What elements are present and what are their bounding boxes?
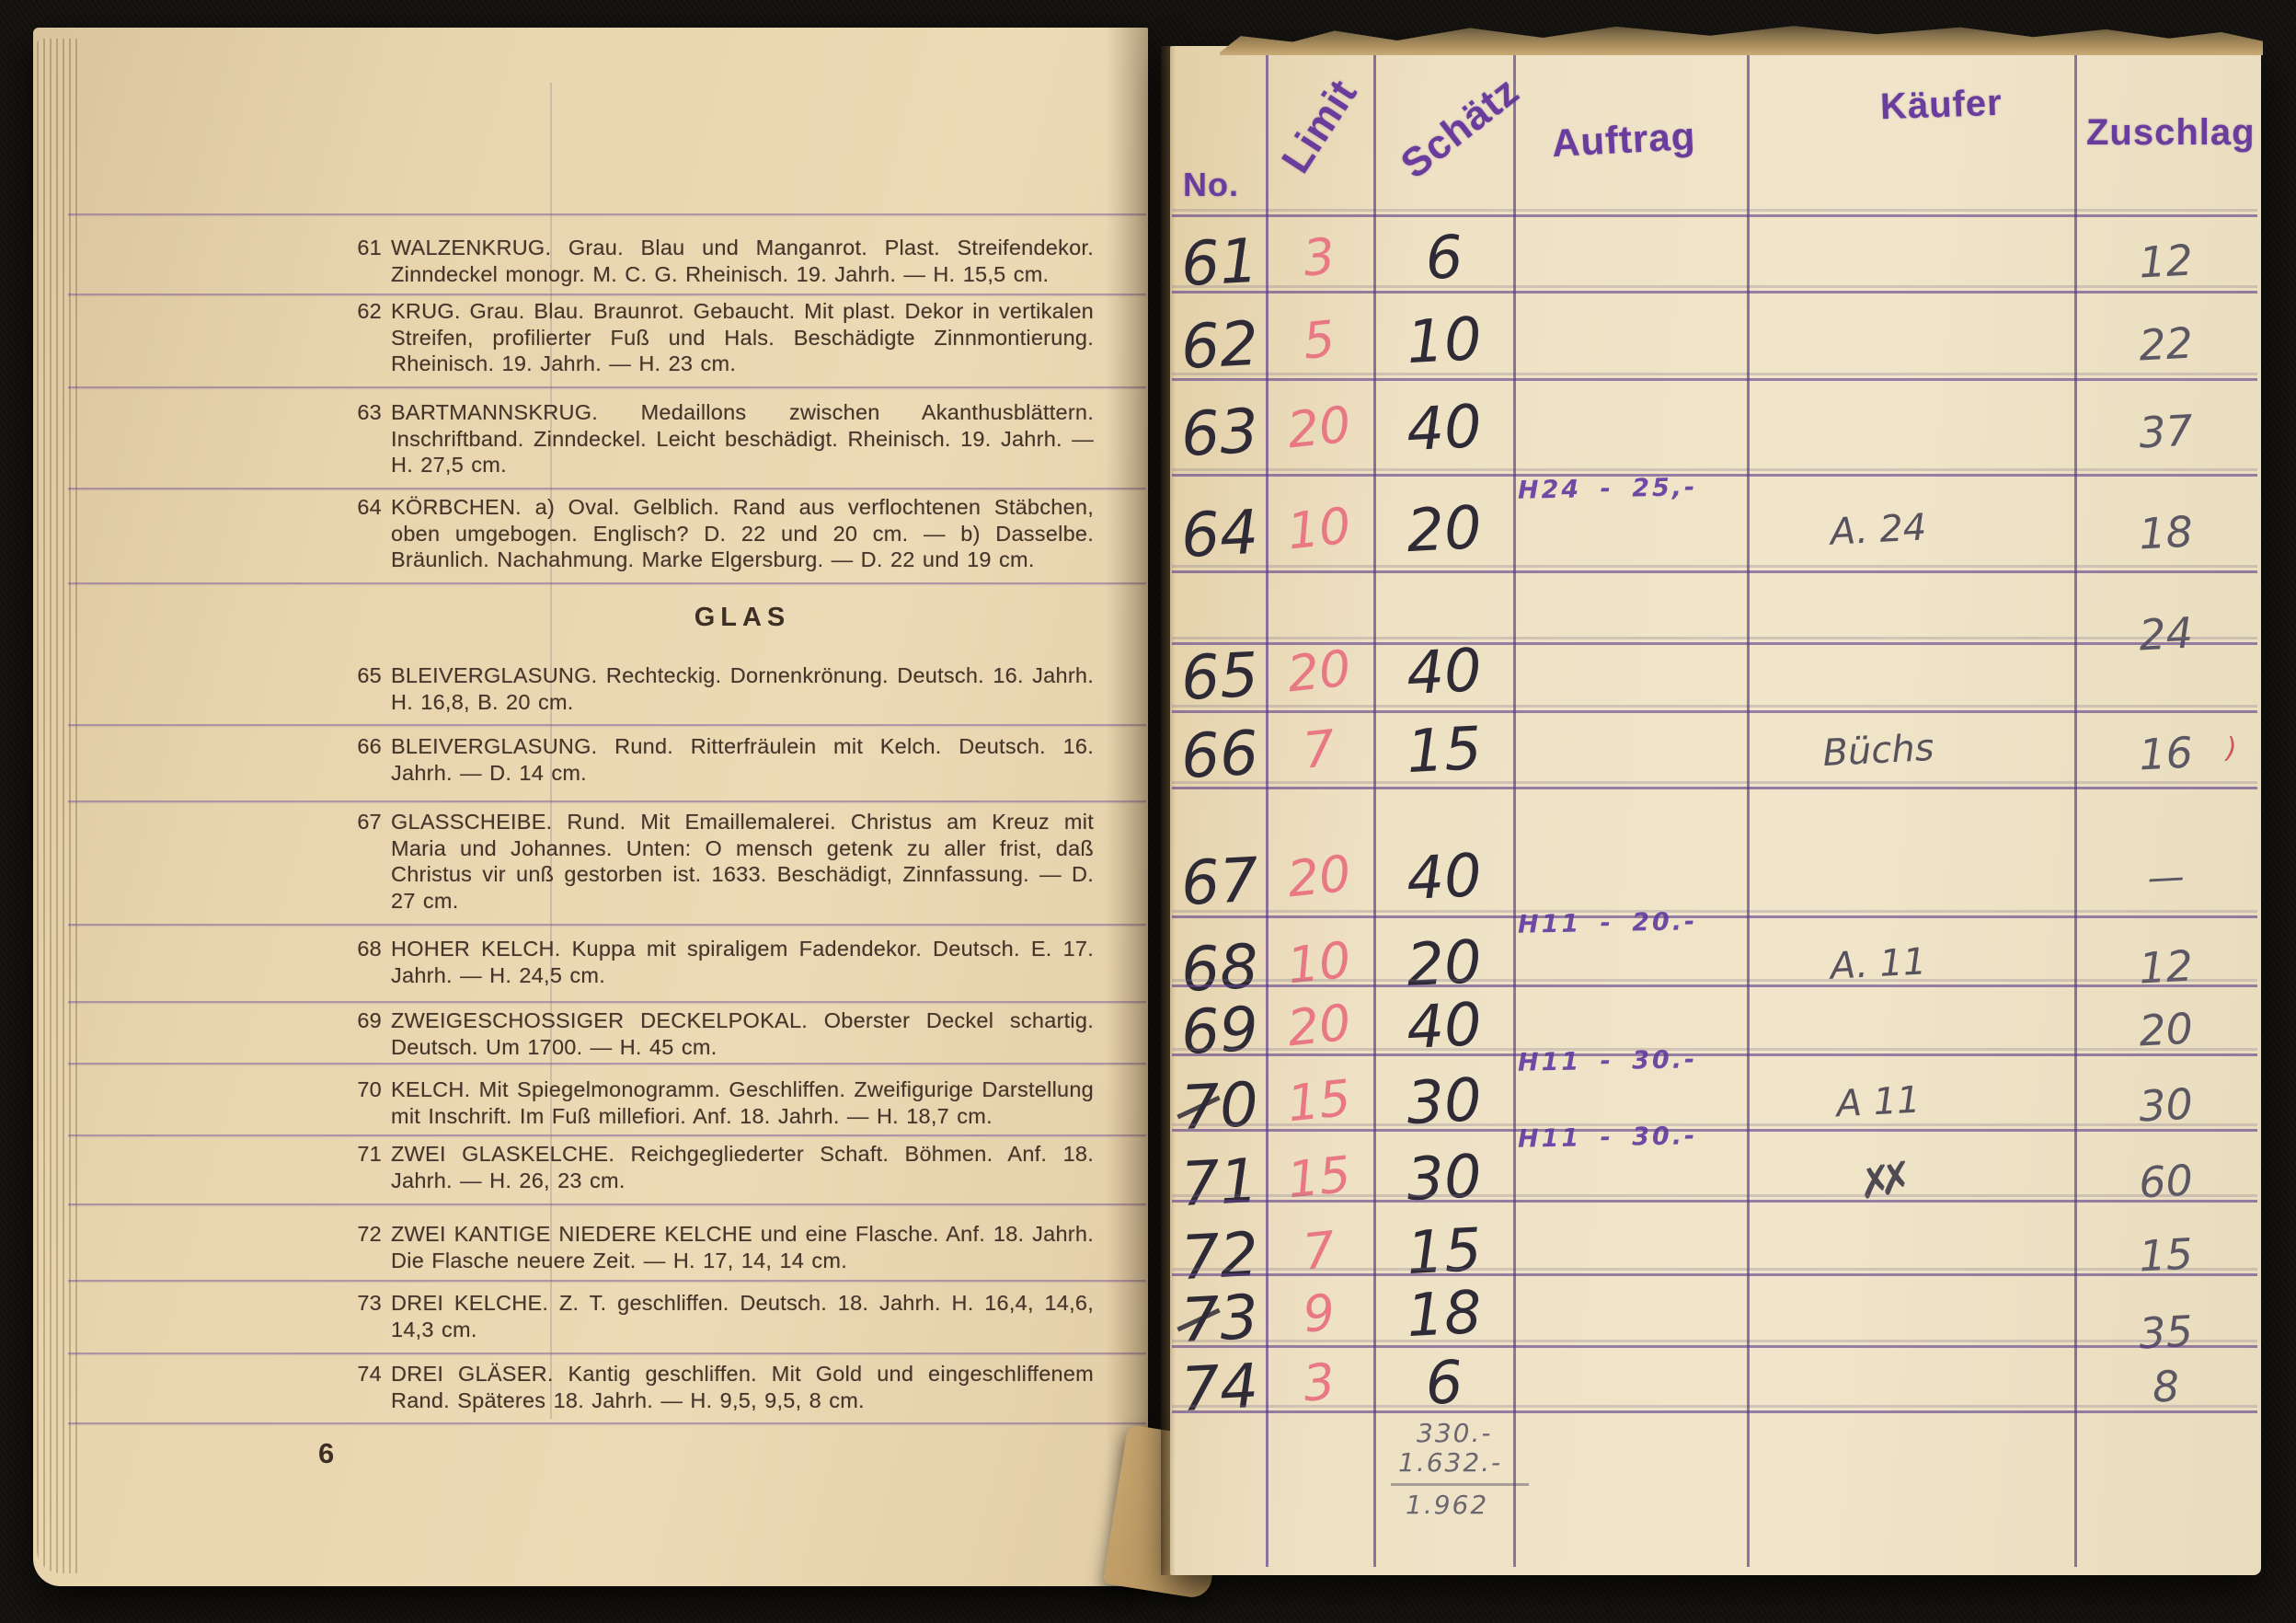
lot-number: 66 (1179, 723, 1256, 788)
limit-value: 9 (1270, 1284, 1367, 1343)
entry-text: ZWEI KANTIGE NIEDERE KELCHE und eine Fla… (391, 1222, 1094, 1272)
lot-number: 61 (1179, 231, 1256, 295)
estimate-value: 10 (1378, 308, 1510, 374)
column-line (1266, 46, 1269, 1567)
limit-value: 20 (1270, 642, 1367, 701)
entry-number: 61 (341, 235, 382, 261)
ledger-page-right: No. Limit Schätz Auftrag Käufer Zuschlag… (1170, 46, 2261, 1575)
catalog-scan: { "palette":{ "background":"#14120f", "p… (0, 0, 2296, 1623)
catalog-entry-63: 63 BARTMANNSKRUG. Medaillons zwischen Ak… (391, 399, 1094, 478)
column-line (1373, 46, 1376, 1567)
buyer-name: Büchs (1739, 725, 2017, 777)
entry-number: 71 (341, 1141, 382, 1168)
hammer-price: 22 (2094, 319, 2238, 369)
limit-value: 20 (1270, 996, 1367, 1055)
entry-text: WALZENKRUG. Grau. Blau und Manganrot. Pl… (391, 236, 1094, 286)
entry-number: 72 (341, 1221, 382, 1248)
lot-number: 72 (1179, 1225, 1256, 1289)
limit-value: 10 (1270, 500, 1367, 558)
column-header-kaeufer: Käufer (1879, 83, 2003, 129)
lot-number: 71 (1179, 1151, 1256, 1215)
limit-value: 5 (1270, 311, 1367, 370)
ruled-line (68, 1352, 1146, 1354)
estimate-value: 40 (1378, 396, 1510, 461)
sum-line-2: 1.632.- (1398, 1450, 1502, 1476)
hammer-price: 60 (2094, 1157, 2238, 1206)
estimate-value: 18 (1378, 1282, 1510, 1347)
entry-number: 69 (341, 1007, 382, 1034)
bid-order-note: H11 - 30.- (1518, 1047, 1698, 1075)
torn-page-edge (1220, 20, 2263, 55)
catalog-entry-62: 62 KRUG. Grau. Blau. Braunrot. Gebaucht.… (391, 298, 1094, 377)
entry-text: KRUG. Grau. Blau. Braunrot. Gebaucht. Mi… (391, 299, 1094, 375)
entry-number: 70 (341, 1076, 382, 1103)
hammer-price: 12 (2094, 236, 2238, 286)
sum-line-1: 330.- (1417, 1421, 1492, 1446)
limit-value: 15 (1270, 1148, 1367, 1207)
ruled-line (68, 1063, 1146, 1065)
catalog-page-left: 61 WALZENKRUG. Grau. Blau und Manganrot.… (33, 28, 1148, 1586)
estimate-value: 30 (1378, 1069, 1510, 1134)
catalog-entry-61: 61 WALZENKRUG. Grau. Blau und Manganrot.… (391, 235, 1094, 287)
ruled-line (1172, 1129, 2257, 1132)
entry-number: 66 (341, 733, 382, 760)
ruled-line (68, 1203, 1146, 1205)
estimate-value: 15 (1378, 718, 1510, 783)
lot-number: 68 (1179, 937, 1256, 1001)
bid-order-note: H24 - 25,- (1518, 475, 1698, 502)
hammer-price: 24 (2094, 609, 2238, 659)
estimate-value: 40 (1378, 994, 1510, 1059)
limit-value: 20 (1270, 847, 1367, 906)
lot-number-struck: 73 (1179, 1287, 1256, 1352)
entry-text: ZWEIGESCHOSSIGER DECKELPOKAL. Oberster D… (391, 1008, 1094, 1059)
catalog-entry-73: 73 DREI KELCHE. Z. T. geschliffen. Deuts… (391, 1290, 1094, 1342)
column-line (1747, 46, 1750, 1567)
entry-text: DREI KELCHE. Z. T. geschliffen. Deutsch.… (391, 1291, 1094, 1341)
limit-value: 3 (1270, 228, 1367, 287)
estimate-value: 40 (1378, 845, 1510, 910)
ruled-line (1172, 915, 2257, 918)
catalog-entry-69: 69 ZWEIGESCHOSSIGER DECKELPOKAL. Oberste… (391, 1007, 1094, 1060)
entry-text: BARTMANNSKRUG. Medaillons zwischen Akant… (391, 400, 1094, 477)
ruled-line (1172, 787, 2257, 789)
hammer-price: 30 (2094, 1080, 2238, 1130)
section-heading: GLAS (391, 603, 1094, 633)
hammer-price: 8 (2094, 1362, 2238, 1411)
ruled-line (68, 1134, 1146, 1136)
estimate-value: 40 (1378, 639, 1510, 705)
buyer-name: A. 11 (1739, 938, 2017, 990)
limit-value: 7 (1270, 1222, 1367, 1281)
entry-text: KÖRBCHEN. a) Oval. Gelblich. Rand aus ve… (391, 495, 1094, 571)
hammer-price: 35 (2094, 1307, 2238, 1357)
bid-order-note: H11 - 30.- (1518, 1123, 1698, 1151)
column-header-no: No. (1183, 166, 1239, 204)
bid-order-note: H11 - 20.- (1518, 909, 1698, 937)
ruled-line (1172, 474, 2257, 477)
entry-text: GLASSCHEIBE. Rund. Mit Emaillemalerei. C… (391, 810, 1094, 913)
catalog-entry-64: 64 KÖRBCHEN. a) Oval. Gelblich. Rand aus… (391, 494, 1094, 573)
limit-value: 3 (1270, 1353, 1367, 1412)
ruled-line (68, 724, 1146, 726)
ruled-line (68, 213, 1146, 215)
ruled-line (1172, 642, 2257, 645)
entry-number: 65 (341, 662, 382, 689)
lot-number: 62 (1179, 314, 1256, 378)
hammer-price: — (2094, 856, 2238, 900)
entry-text: DREI GLÄSER. Kantig geschliffen. Mit Gol… (391, 1362, 1094, 1412)
ruled-line (1172, 291, 2257, 294)
catalog-entry-74: 74 DREI GLÄSER. Kantig geschliffen. Mit … (391, 1361, 1094, 1413)
page-number: 6 (318, 1437, 334, 1470)
entry-text: ZWEI GLASKELCHE. Reichgegliederter Schaf… (391, 1142, 1094, 1192)
ruled-line (1172, 1200, 2257, 1203)
ruled-line (68, 294, 1146, 295)
catalog-entry-65: 65 BLEIVERGLASUNG. Rechteckig. Dornenkrö… (391, 662, 1094, 715)
column-header-limit: Limit (1273, 72, 1367, 182)
ruled-line (68, 488, 1146, 489)
ruled-line (1172, 710, 2257, 713)
entry-text: HOHER KELCH. Kuppa mit spiraligem Fadend… (391, 937, 1094, 987)
limit-value: 20 (1270, 398, 1367, 457)
hammer-price: 37 (2094, 407, 2238, 456)
entry-number: 68 (341, 936, 382, 962)
ruled-line (68, 1001, 1146, 1003)
column-header-auftrag: Auftrag (1551, 114, 1697, 166)
entry-number: 63 (341, 399, 382, 426)
entry-number: 74 (341, 1361, 382, 1387)
sum-total: 1.962 (1406, 1492, 1488, 1518)
ruled-line (68, 1280, 1146, 1282)
catalog-entry-67: 67 GLASSCHEIBE. Rund. Mit Emaillemalerei… (391, 809, 1094, 914)
ruled-line (1172, 1345, 2257, 1348)
hammer-price: 18 (2094, 508, 2238, 558)
limit-value: 7 (1270, 720, 1367, 779)
sum-underline (1391, 1483, 1529, 1486)
ruled-line (68, 582, 1146, 584)
entry-text: KELCH. Mit Spiegelmonogramm. Geschliffen… (391, 1077, 1094, 1128)
estimate-value: 20 (1378, 497, 1510, 562)
buyer-scribble: ✗✗ (1739, 1136, 2017, 1226)
buyer-name: A. 24 (1739, 504, 2017, 556)
lot-number: 64 (1179, 502, 1256, 567)
entry-number: 67 (341, 809, 382, 835)
catalog-entry-68: 68 HOHER KELCH. Kuppa mit spiraligem Fad… (391, 936, 1094, 988)
ruled-line (1172, 570, 2257, 573)
ruled-line (68, 924, 1146, 926)
hammer-price: 20 (2094, 1005, 2238, 1054)
column-line (1513, 46, 1516, 1567)
column-header-zuschlag: Zuschlag (2086, 112, 2256, 154)
ruled-line (1172, 378, 2257, 381)
hammer-price: 15 (2094, 1230, 2238, 1280)
catalog-entry-72: 72 ZWEI KANTIGE NIEDERE KELCHE und eine … (391, 1221, 1094, 1273)
catalog-entry-70: 70 KELCH. Mit Spiegelmonogramm. Geschlif… (391, 1076, 1094, 1129)
hammer-price: 16 (2094, 729, 2238, 778)
ruled-line (68, 386, 1146, 388)
entry-text: BLEIVERGLASUNG. Rechteckig. Dornenkrönun… (391, 663, 1094, 714)
entry-number: 73 (341, 1290, 382, 1317)
ruled-line (1172, 984, 2257, 987)
catalog-entry-71: 71 ZWEI GLASKELCHE. Reichgegliederter Sc… (391, 1141, 1094, 1193)
ruled-line (68, 1422, 1146, 1424)
lot-number: 67 (1179, 850, 1256, 915)
catalog-entry-66: 66 BLEIVERGLASUNG. Rund. Ritterfräulein … (391, 733, 1094, 786)
lot-number: 65 (1179, 645, 1256, 709)
entry-number: 62 (341, 298, 382, 325)
ruled-line (1172, 1053, 2257, 1056)
entry-text: BLEIVERGLASUNG. Rund. Ritterfräulein mit… (391, 734, 1094, 785)
limit-value: 15 (1270, 1072, 1367, 1131)
ruled-line (1172, 1273, 2257, 1276)
estimate-value: 6 (1378, 225, 1510, 291)
estimate-value: 6 (1378, 1351, 1510, 1416)
column-line (2074, 46, 2077, 1567)
ruled-line (1172, 214, 2257, 217)
ruled-line (68, 800, 1146, 802)
ruled-line (1172, 1410, 2257, 1413)
lot-number: 63 (1179, 401, 1256, 466)
column-header-schaetz: Schätz (1393, 68, 1528, 188)
buyer-name: A 11 (1739, 1076, 2017, 1128)
hammer-price-tick: ) (2226, 732, 2237, 765)
entry-number: 64 (341, 494, 382, 521)
